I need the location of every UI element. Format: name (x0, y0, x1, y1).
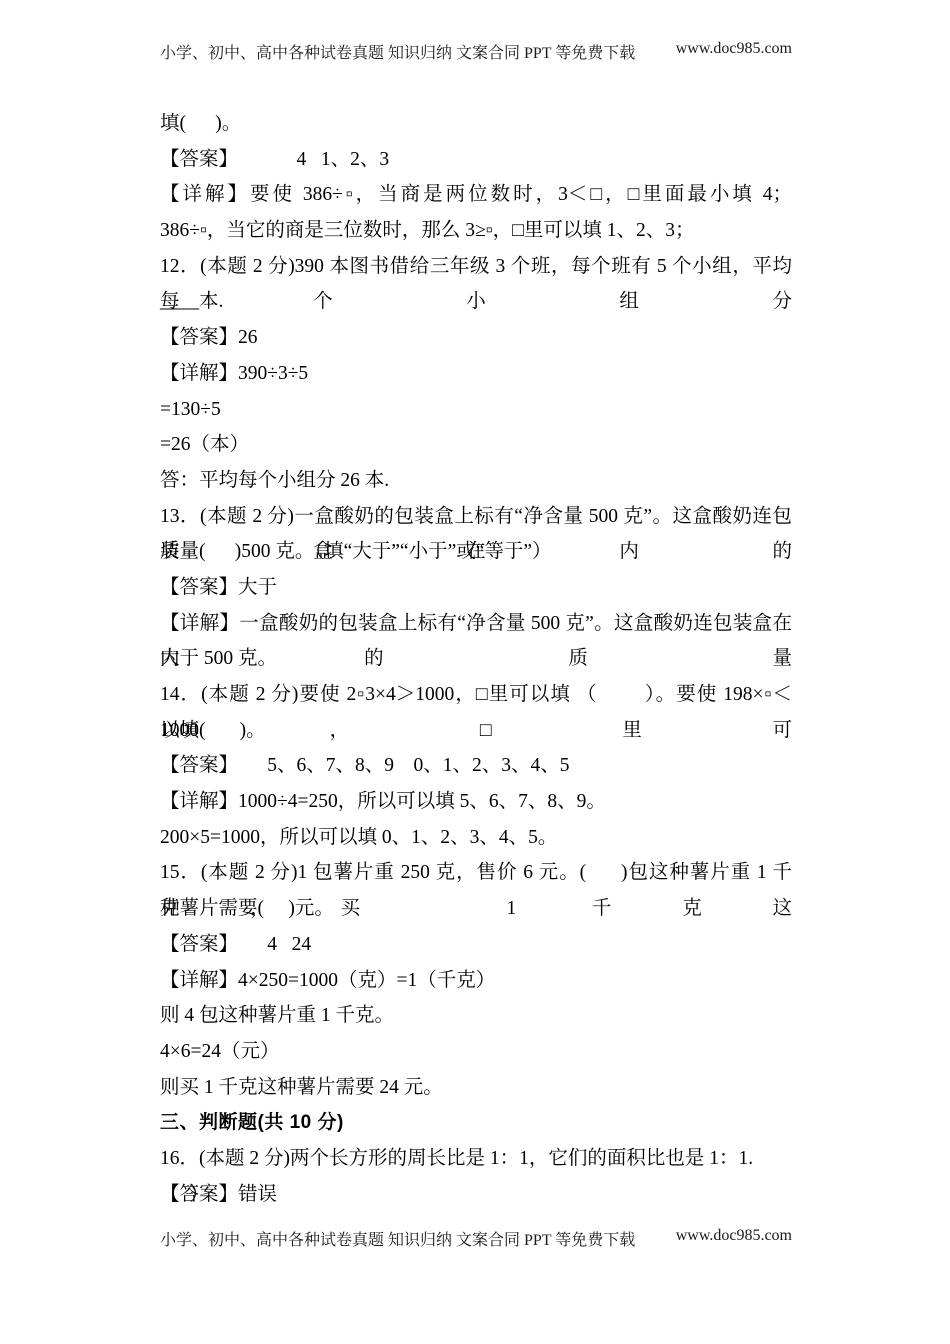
q14-stem-1: 14．(本题 2 分)要使 2▫3×4＞1000，□里可以填 （ ）。要使 19… (160, 677, 792, 713)
q11-answer: 【答案】 4 1、2、3 (160, 142, 792, 178)
q13-answer: 【答案】大于 (160, 570, 792, 606)
q11-analysis-1: 【详解】要使 386÷▫，当商是两位数时，3＜□，□里面最小填 4； (160, 177, 792, 213)
header-promo-text: 小学、初中、高中各种试卷真题 知识归纳 文案合同 PPT 等免费下载 (160, 40, 635, 63)
q15-stem-1: 15．(本题 2 分)1 包薯片重 250 克，售价 6 元。( )包这种薯片重… (160, 855, 792, 891)
q15-analysis-1: 【详解】4×250=1000（克）=1（千克） (160, 963, 792, 999)
section-3-title: 三、判断题(共 10 分) (160, 1105, 792, 1141)
q15-answer: 【答案】 4 24 (160, 927, 792, 963)
q15-analysis-4: 则买 1 千克这种薯片需要 24 元。 (160, 1070, 792, 1106)
q16-stem: 16．(本题 2 分)两个长方形的周长比是 1：1，它们的面积比也是 1：1. … (160, 1141, 792, 1177)
q12-answer: 【答案】26 (160, 320, 792, 356)
footer: 小学、初中、高中各种试卷真题 知识归纳 文案合同 PPT 等免费下载 www.d… (160, 1227, 792, 1250)
q15-analysis-2: 则 4 包这种薯片重 1 千克。 (160, 998, 792, 1034)
document-page: { "header": { "promo": "小学、初中、高中各种试卷真题 知… (0, 0, 950, 1344)
q13-stem-1: 13．(本题 2 分)一盒酸奶的包装盒上标有“净含量 500 克”。这盒酸奶连包… (160, 499, 792, 535)
header: 小学、初中、高中各种试卷真题 知识归纳 文案合同 PPT 等免费下载 www.d… (160, 40, 792, 63)
q14-answer: 【答案】 5、6、7、8、9 0、1、2、3、4、5 (160, 748, 792, 784)
q12-stem-1: 12．(本题 2 分)390 本图书借给三年级 3 个班，每个班有 5 个小组，… (160, 249, 792, 285)
q12-analysis-2: =130÷5 (160, 392, 792, 428)
document-lines: 填( )。【答案】 4 1、2、3【详解】要使 386÷▫，当商是两位数时，3＜… (160, 106, 792, 1212)
header-site-url: www.doc985.com (676, 40, 792, 63)
q12-analysis-3: =26（本） (160, 427, 792, 463)
footer-promo-text: 小学、初中、高中各种试卷真题 知识归纳 文案合同 PPT 等免费下载 (160, 1227, 635, 1250)
q15-analysis-3: 4×6=24（元） (160, 1034, 792, 1070)
footer-site-url: www.doc985.com (676, 1227, 792, 1250)
q16-answer: 【答案】错误 (160, 1177, 792, 1213)
q11-continuation: 填( )。 (160, 106, 792, 142)
q12-analysis-4: 答：平均每个小组分 26 本. (160, 463, 792, 499)
q13-analysis-1: 【详解】一盒酸奶的包装盒上标有“净含量 500 克”。这盒酸奶连包装盒在内的质量 (160, 606, 792, 642)
q12-analysis-1: 【详解】390÷3÷5 (160, 356, 792, 392)
q11-analysis-2: 386÷▫，当它的商是三位数时，那么 3≥▫，□里可以填 1、2、3； (160, 213, 792, 249)
q14-analysis-1: 【详解】1000÷4=250，所以可以填 5、6、7、8、9。 (160, 784, 792, 820)
q14-analysis-2: 200×5=1000，所以可以填 0、1、2、3、4、5。 (160, 820, 792, 856)
